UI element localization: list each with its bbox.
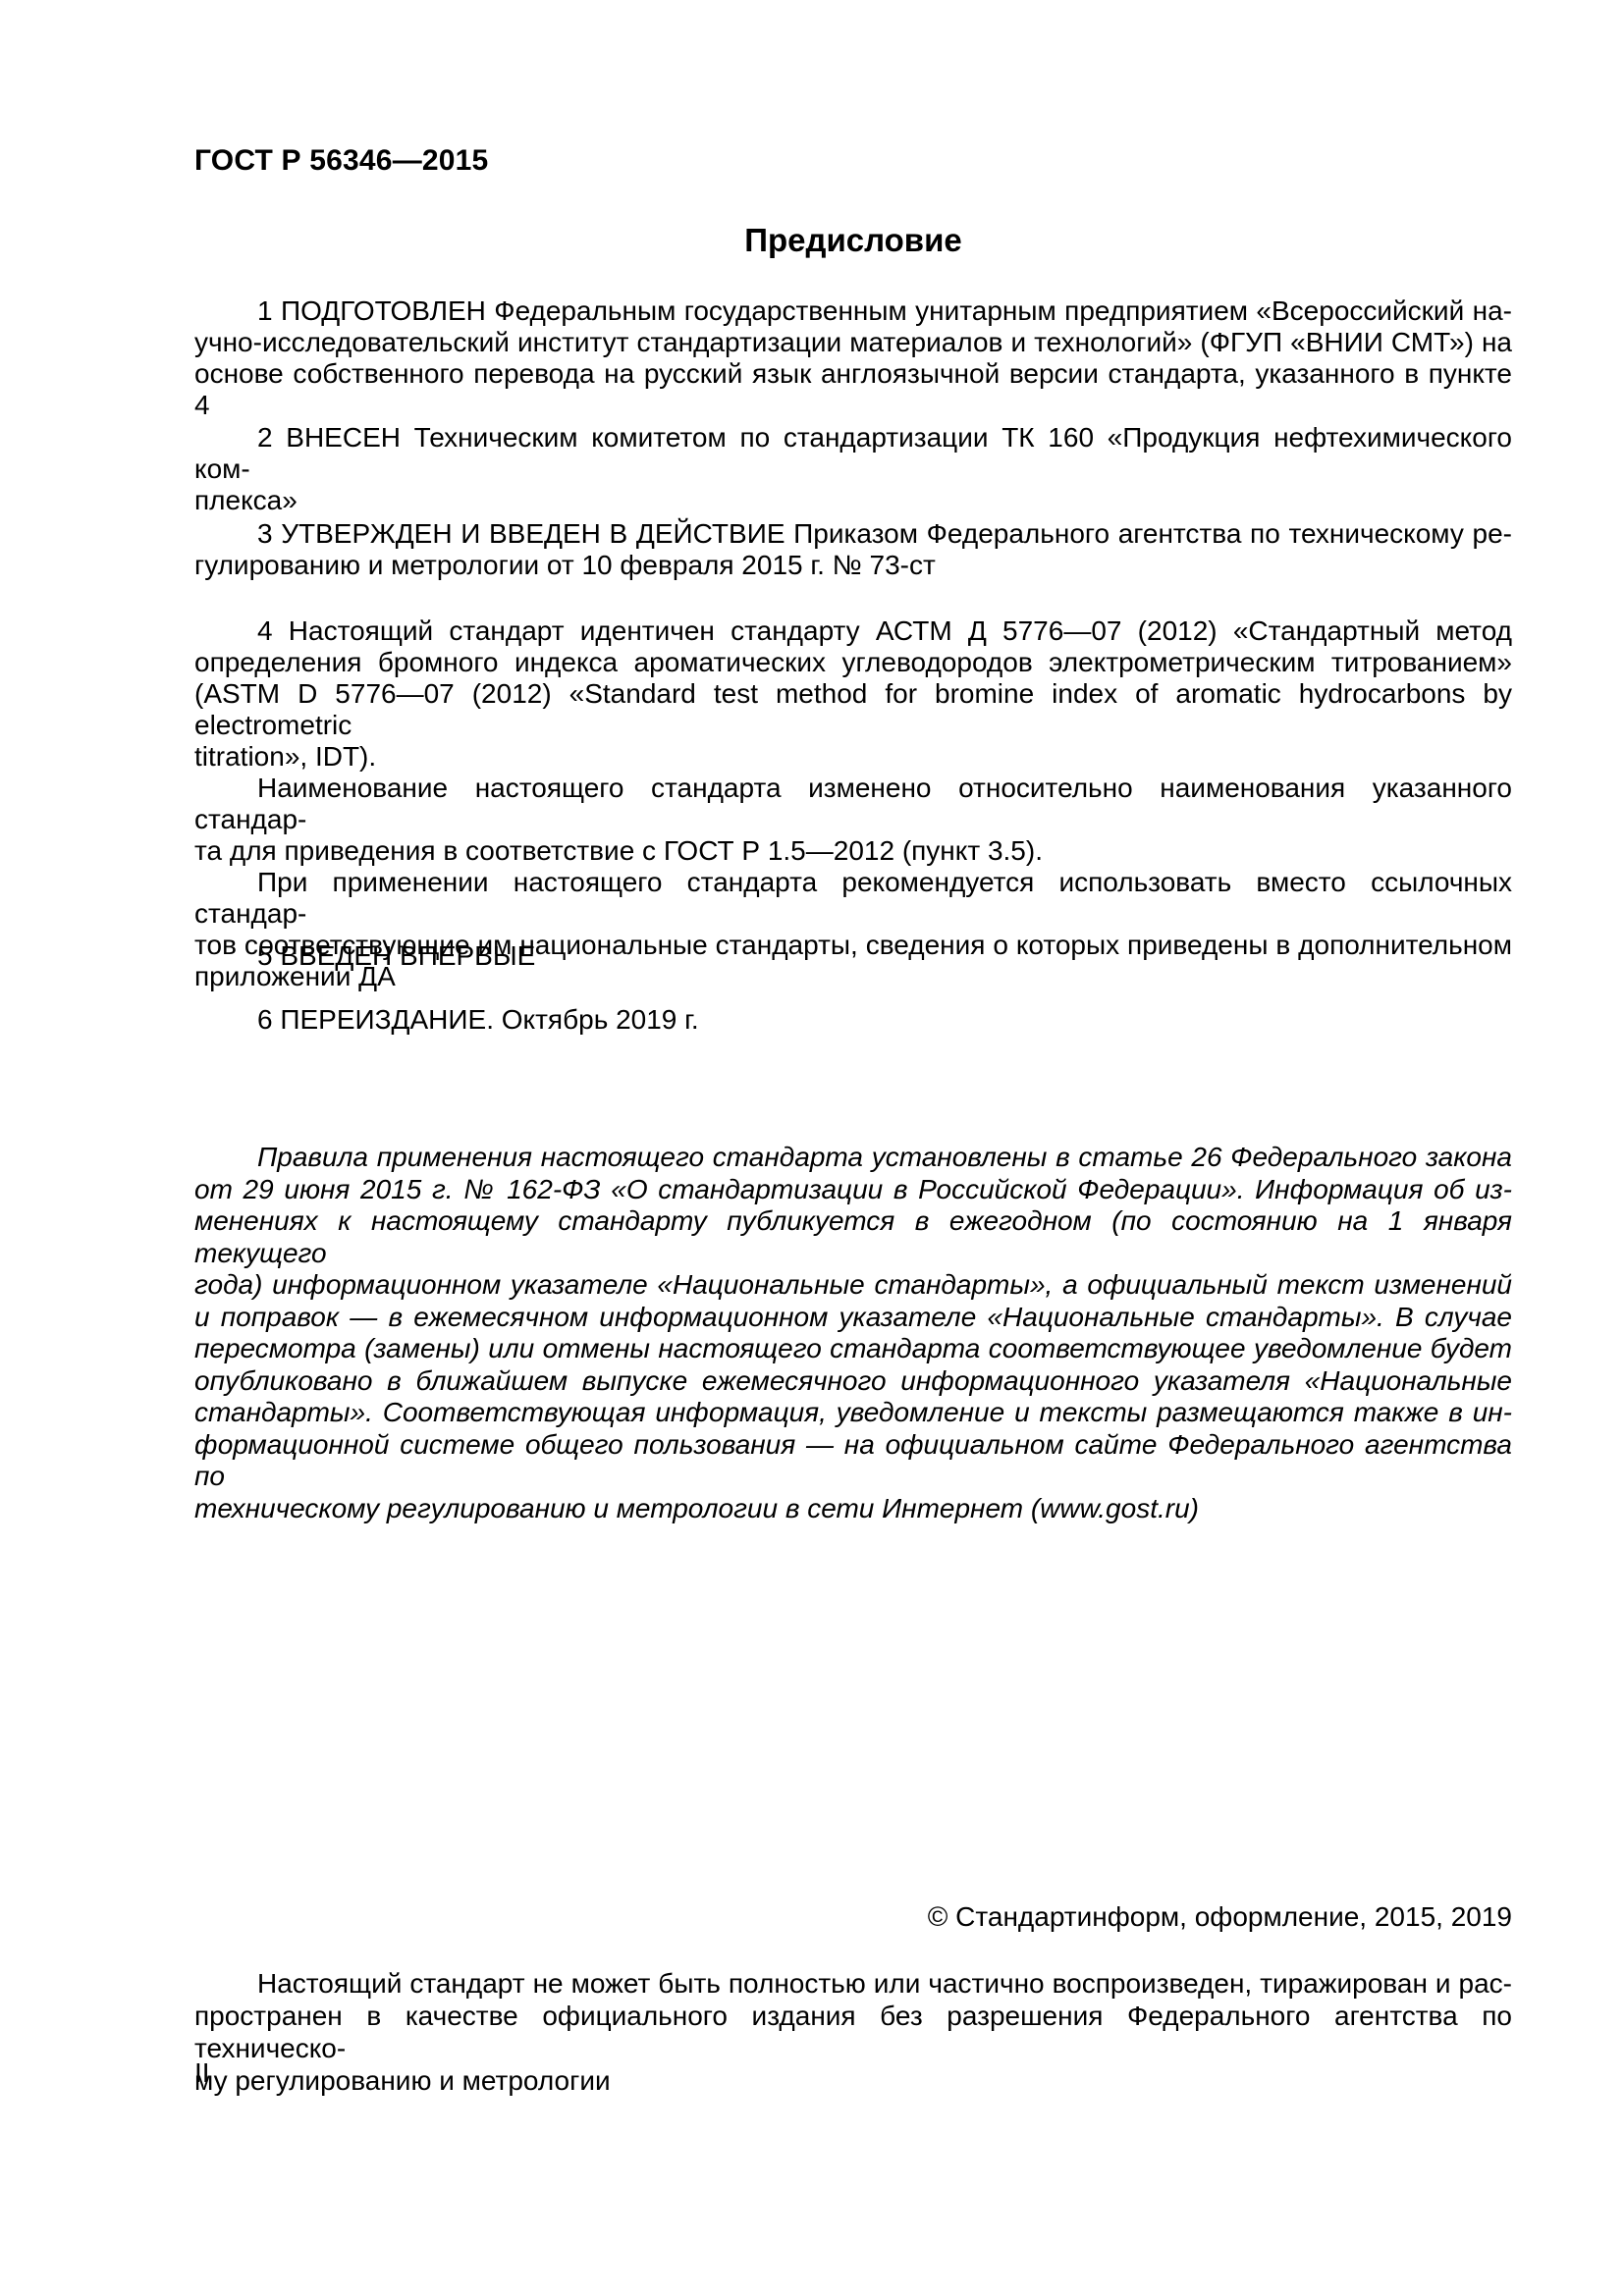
text-line: (ASTM D 5776—07 (2012) «Standard test me… [194,678,1512,741]
text-line: пространен в качестве официального издан… [194,2000,1512,2064]
text-line: Правила применения настоящего стандарта … [194,1142,1512,1174]
text-line: стандарты». Соответствующая информация, … [194,1397,1512,1429]
text-line: 1 ПОДГОТОВЛЕН Федеральным государственны… [194,295,1512,327]
foreword-item-2: 2 ВНЕСЕН Техническим комитетом по станда… [194,422,1512,516]
doc-code: ГОСТ Р 56346—2015 [194,144,1512,178]
document-page: ГОСТ Р 56346—2015 Предисловие 1 ПОДГОТОВ… [0,0,1624,2296]
text-line: 4 Настоящий стандарт идентичен стандарту… [194,615,1512,647]
text-line: года) информационном указателе «Национал… [194,1269,1512,1302]
text-line: учно-исследовательский институт стандарт… [194,327,1512,358]
page-number: II [194,2057,1512,2089]
text-line: формационной системе общего пользования … [194,1429,1512,1493]
text-line: При применении настоящего стандарта реко… [194,867,1512,930]
text-line: от 29 июня 2015 г. № 162-ФЗ «О стандарти… [194,1174,1512,1206]
text-line: 3 УТВЕРЖДЕН И ВВЕДЕН В ДЕЙСТВИЕ Приказом… [194,518,1512,550]
application-rules-note: Правила применения настоящего стандарта … [194,1142,1512,1524]
text-line: менениях к настоящему стандарту публикуе… [194,1205,1512,1269]
text-line: определения бромного индекса ароматическ… [194,647,1512,678]
text-line: 6 ПЕРЕИЗДАНИЕ. Октябрь 2019 г. [194,1004,1512,1036]
text-line: Настоящий стандарт не может быть полност… [194,1967,1512,2000]
text-line: и поправок — в ежемесячном информационно… [194,1302,1512,1334]
text-line: техническому регулированию и метрологии … [194,1493,1512,1525]
text-line: та для приведения в соответствие с ГОСТ … [194,835,1512,867]
foreword-item-1: 1 ПОДГОТОВЛЕН Федеральным государственны… [194,295,1512,421]
text-line: плекса» [194,485,1512,516]
text-line: 2 ВНЕСЕН Техническим комитетом по станда… [194,422,1512,485]
text-line: titration», IDT). [194,741,1512,773]
foreword-item-6: 6 ПЕРЕИЗДАНИЕ. Октябрь 2019 г. [194,1004,1512,1036]
text-line: 5 ВВЕДЕН ВПЕРВЫЕ [194,940,1512,972]
text-line: гулированию и метрологии от 10 февраля 2… [194,550,1512,581]
foreword-item-4: 4 Настоящий стандарт идентичен стандарту… [194,615,1512,992]
page-title: Предисловие [194,222,1512,259]
text-line: основе собственного перевода на русский … [194,358,1512,421]
foreword-item-5: 5 ВВЕДЕН ВПЕРВЫЕ [194,940,1512,972]
foreword-item-3: 3 УТВЕРЖДЕН И ВВЕДЕН В ДЕЙСТВИЕ Приказом… [194,518,1512,581]
text-line: пересмотра (замены) или отмены настоящег… [194,1333,1512,1365]
copyright-notice: © Стандартинформ, оформление, 2015, 2019 [194,1901,1512,1933]
text-line: Наименование настоящего стандарта измене… [194,773,1512,835]
text-line: опубликовано в ближайшем выпуске ежемеся… [194,1365,1512,1398]
